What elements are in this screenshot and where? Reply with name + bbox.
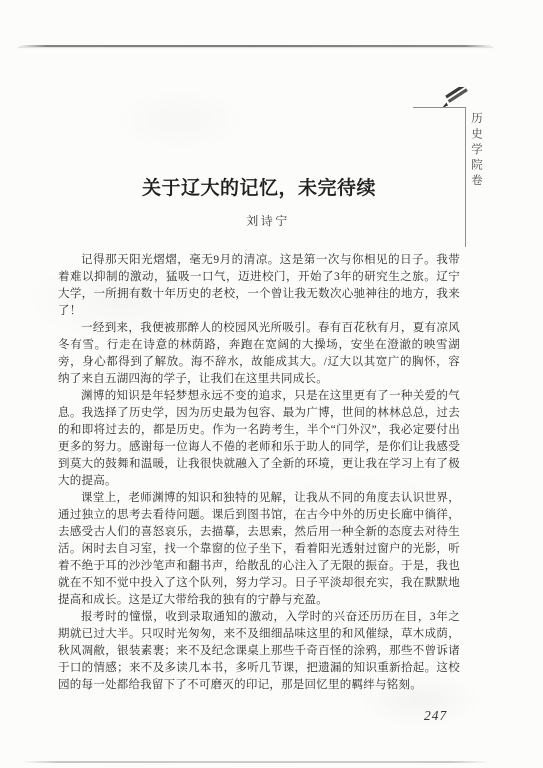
article-body: 记得那天阳光熠熠，毫无9月的清凉。这是第一次与你相见的日子。我带着难以抑制的激动… [58, 252, 460, 694]
article-author: 刘诗宁 [58, 212, 460, 229]
page-bottom-edge-line [21, 761, 489, 763]
sidebar-vertical-rule [465, 107, 466, 247]
series-volume-label: 历史学院卷 [468, 112, 484, 190]
paragraph: 课堂上，老师渊博的知识和独特的见解，让我从不同的角度去认识世界，通过独立的思考去… [58, 490, 460, 609]
paragraph: 报考时的憧憬，收到录取通知的激动，入学时的兴奋还历历在目，3年之期就已过大半。只… [58, 609, 460, 694]
paragraph: 一经到来，我便被那醉人的校园风光所吸引。春有百花秋有月，夏有凉风冬有雪。行走在诗… [58, 320, 460, 388]
paragraph: 记得那天阳光熠熠，毫无9月的清凉。这是第一次与你相见的日子。我带着难以抑制的激动… [58, 252, 460, 320]
article-title: 关于辽大的记忆，未完待续 [58, 173, 460, 200]
scanned-book-page: 历史学院卷 关于辽大的记忆，未完待续 刘诗宁 记得那天阳光熠熠，毫无9月的清凉。… [0, 0, 543, 768]
paragraph: 渊博的知识是年轻梦想永远不变的追求，只是在这里更有了一种关爱的气息。我选择了历史… [58, 388, 460, 490]
page-top-edge-line [18, 45, 493, 47]
page-number: 247 [424, 708, 474, 724]
sidebar-horizontal-rule [413, 107, 466, 108]
pencil-icon [441, 87, 471, 109]
